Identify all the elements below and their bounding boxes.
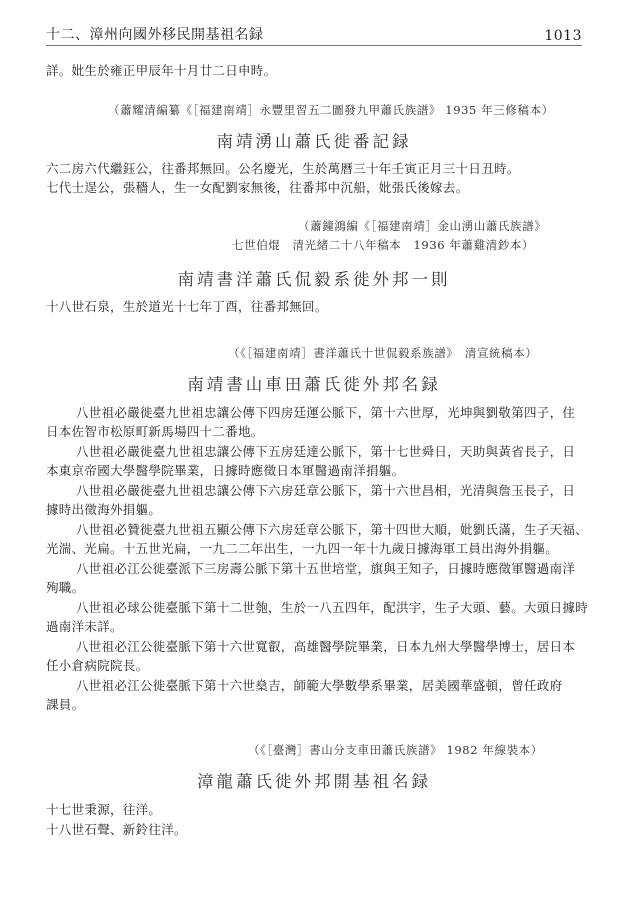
entry-line: 本東京帝國大學醫學院畢業，日據時應徵日本軍醫過南洋捐軀。 <box>46 462 582 480</box>
source-note-3: （《［福建南靖］書洋蕭氏十世侃毅系族譜》 清宣統稿本） <box>228 345 537 361</box>
section-title-1: 南靖湧山蕭氏徙番記録 <box>0 128 628 152</box>
source-note-1: （蕭耀清編纂《［福建南靖］永豐里習五二圖發九甲蕭氏族譜》 1935 年三修稿本） <box>108 102 554 118</box>
header-rule <box>46 45 582 46</box>
paragraph: 七代士逞公，張穡人，生一女配劉家無後，往番邦中沉船，妣張氏後嫁去。 <box>46 179 582 197</box>
entry-line: 八世祖必江公徙臺脈下第十六世寬叡，高雄醫學院畢業，日本九州大學醫學博士，居日本 <box>76 638 582 656</box>
continuation-line: 詳。妣生於雍正甲辰年十月廿二日申時。 <box>46 62 582 80</box>
source-note-2: （蕭鐘鴻編《［福建南靖］金山湧山蕭氏族譜》 <box>298 218 546 234</box>
entry-line: 八世祖必嚴徙臺九世祖忠讓公傳下五房廷達公脈下，第十七世舜日，天助與黃省長子，日 <box>76 443 582 461</box>
chapter-title: 十二、漳州向國外移民開基祖名録 <box>46 24 264 44</box>
paragraph: 十八世石聲、新鈴往洋。 <box>46 821 582 839</box>
source-note-4: （《［臺灣］書山分支車田蕭氏族譜》 1982 年線裝本） <box>248 742 543 758</box>
section-title-4: 漳龍蕭氏徙外邦開基祖名録 <box>0 768 628 792</box>
entry-line: 據時出徵海外捐軀。 <box>46 501 582 519</box>
entry-line: 過南洋未詳。 <box>46 618 582 636</box>
page-number: 1013 <box>544 28 582 44</box>
entry-line: 八世祖必球公徙臺脈下第十二世匏，生於一八五四年，配洪宇，生子大頭、藝。大頭日據時 <box>76 599 582 617</box>
paragraph: 十七世秉源，往洋。 <box>46 801 582 819</box>
book-page: 十二、漳州向國外移民開基祖名録 1013 詳。妣生於雍正甲辰年十月廿二日申時。 … <box>0 0 628 909</box>
entry-line: 八世祖必嚴徙臺九世祖忠讓公傳下四房廷運公脈下，第十六世厚，光坤與劉敬第四子，住 <box>76 404 582 422</box>
running-header: 十二、漳州向國外移民開基祖名録 1013 <box>46 22 582 44</box>
entry-line: 八世祖必江公徙臺脈下第十六世燊吉，師範大學數學系畢業，居美國華盛頓，曾任政府 <box>76 677 582 695</box>
entry-line: 八世祖必贊徙臺九世祖五顯公傳下六房廷章公脈下，第十四世大順，妣劉氏滿，生子天福、 <box>76 521 582 539</box>
entry-line: 八世祖必江公徙臺派下三房壽公脈下第十五世培堂，旗與王知子，日據時應徵軍醫過南洋 <box>76 560 582 578</box>
section-title-3: 南靖書山車田蕭氏徙外邦名録 <box>0 371 628 395</box>
source-note-2-cont: 七世伯焜 清光緒二十八年稿本 1936 年蕭雞清鈔本） <box>232 237 534 253</box>
paragraph: 十八世石泉，生於道光十七年丁酉，往番邦無回。 <box>46 298 582 316</box>
entry-line: 殉職。 <box>46 579 582 597</box>
entry-line: 日本佐智市松原町新馬場四十二番地。 <box>46 423 582 441</box>
entry-line: 光湍、光扁。十五世光扁，一九二二年出生，一九四一年十九歲日據海軍工員出海外捐軀。 <box>46 540 582 558</box>
entry-line: 任小倉病院院長。 <box>46 657 582 675</box>
paragraph: 六二房六代繼鈺公，往番邦無回。公名慶光，生於萬曆三十年壬寅正月三十日丑時。 <box>46 160 582 178</box>
entry-line: 課員。 <box>46 696 582 714</box>
section-title-2: 南靖書洋蕭氏侃毅系徙外邦一則 <box>0 266 628 290</box>
entry-line: 八世祖必嚴徙臺九世祖忠讓公傳下六房廷章公脈下，第十六世昌相，光清與詹玉長子，日 <box>76 482 582 500</box>
